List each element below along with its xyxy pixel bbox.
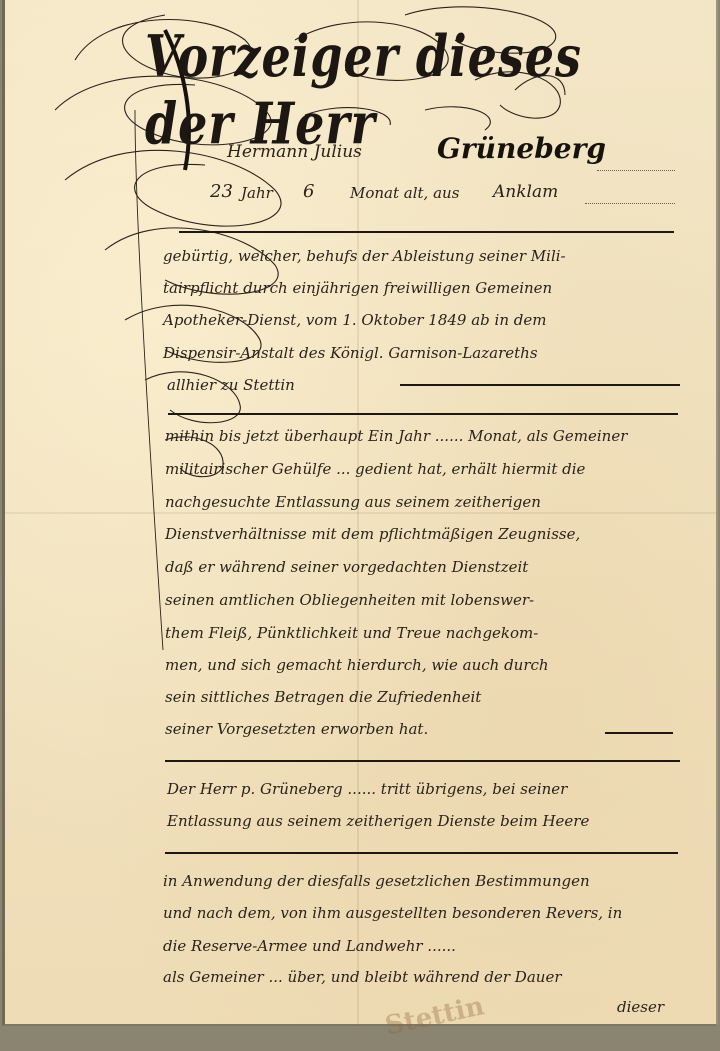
- text-line: dieser: [617, 998, 664, 1016]
- text-line: nachgesuchte Entlassung aus seinem zeith…: [165, 493, 541, 511]
- text-line: mithin bis jetzt überhaupt Ein Jahr ....…: [165, 427, 627, 445]
- text-line: men, und sich gemacht hierdurch, wie auc…: [165, 656, 549, 674]
- text-line: tairpflicht durch einjährigen freiwillig…: [163, 279, 552, 297]
- text-line: militairischer Gehülfe ... gedient hat, …: [165, 460, 585, 478]
- text-line: daß er während seiner vorgedachten Diens…: [165, 558, 528, 576]
- text-line: die Reserve-Armee und Landwehr ......: [163, 937, 456, 955]
- text-line: und nach dem, von ihm ausgestellten beso…: [163, 904, 622, 922]
- text-line: in Anwendung der diesfalls gesetzlichen …: [163, 872, 590, 890]
- age-years-label: Jahr: [241, 184, 273, 202]
- section-rule: [165, 760, 680, 762]
- dotted-fill-line: [597, 170, 675, 171]
- text-line: Der Herr p. Grüneberg ...... tritt übrig…: [167, 780, 567, 798]
- section-rule: [165, 852, 678, 854]
- paper-fold-horizontal: [5, 512, 720, 514]
- section-rule: [179, 231, 674, 233]
- text-line: gebürtig, welcher, behufs der Ableistung…: [163, 247, 566, 265]
- origin-town: Anklam: [493, 182, 558, 202]
- text-line: Apotheker-Dienst, vom 1. Oktober 1849 ab…: [163, 311, 546, 329]
- text-line: als Gemeiner ... über, und bleibt währen…: [163, 968, 562, 986]
- dotted-fill-line: [585, 203, 675, 204]
- text-line: Entlassung aus seinem zeitherigen Dienst…: [167, 812, 589, 830]
- text-line: Dispensir-Anstalt des Königl. Garnison-L…: [163, 344, 538, 362]
- surname: Grüneberg: [437, 132, 606, 165]
- given-names: Hermann Julius: [227, 142, 362, 162]
- text-line: seiner Vorgesetzten erworben hat.: [165, 720, 428, 738]
- text-line: them Fleiß, Pünktlichkeit und Treue nach…: [165, 624, 538, 642]
- age-years: 23: [210, 181, 233, 202]
- ink-stamp: Stettin: [383, 979, 548, 1028]
- age-months: 6: [303, 181, 314, 202]
- document-page: Vorzeiger dieses der Herr Hermann Julius…: [2, 0, 718, 1026]
- text-line: Dienstverhältnisse mit dem pflichtmäßige…: [165, 525, 580, 543]
- text-line: seinen amtlichen Obliegenheiten mit lobe…: [165, 591, 534, 609]
- fill-rule: [400, 384, 680, 386]
- text-line: sein sittliches Betragen die Zufriedenhe…: [165, 688, 481, 706]
- age-months-label: Monat alt, aus: [350, 184, 459, 202]
- text-line: allhier zu Stettin: [167, 376, 295, 394]
- section-rule: [168, 413, 678, 415]
- fill-rule: [605, 732, 673, 734]
